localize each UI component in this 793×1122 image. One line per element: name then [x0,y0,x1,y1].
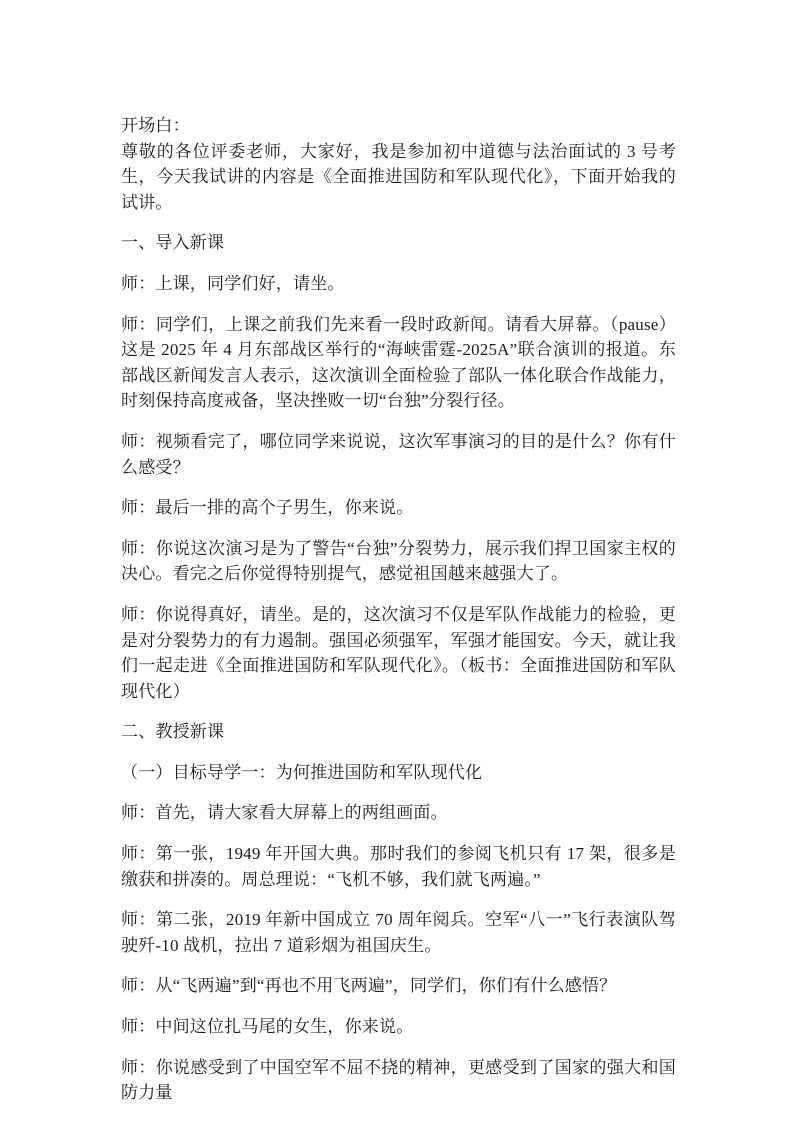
teacher-line-transition: 师：你说得真好，请坐。是的，这次演习不仅是军队作战能力的检验，更是对分裂势力的有… [121,602,676,704]
section-heading-2: 二、教授新课 [121,719,676,745]
teacher-line-question-insight: 师：从“飞两遍”到“再也不用飞两遍”，同学们，你们有什么感悟？ [121,973,676,999]
teacher-line-call-boy: 师：最后一排的高个子男生，你来说。 [121,495,676,521]
teacher-line-girl-answer: 师：你说感受到了中国空军不屈不挠的精神，更感受到了国家的强大和国防力量 [121,1055,676,1106]
objective-heading-1: （一）目标导学一：为何推进国防和军队现代化 [121,760,676,786]
document-body: 开场白： 尊敬的各位评委老师，大家好，我是参加初中道德与法治面试的 3 号考生，… [121,113,676,1106]
document-page: 开场白： 尊敬的各位评委老师，大家好，我是参加初中道德与法治面试的 3 号考生，… [0,0,793,1122]
teacher-line-picture-1949: 师：第一张，1949 年开国大典。那时我们的参阅飞机只有 17 架，很多是缴获和… [121,841,676,892]
teacher-line-boy-answer: 师：你说这次演习是为了警告“台独”分裂势力，展示我们捍卫国家主权的决心。看完之后… [121,536,676,587]
opening-label: 开场白： [121,113,676,139]
teacher-line-question-purpose: 师：视频看完了，哪位同学来说说，这次军事演习的目的是什么？你有什么感受？ [121,429,676,480]
teacher-line-picture-2019: 师：第二张，2019 年新中国成立 70 周年阅兵。空军“八一”飞行表演队驾驶歼… [121,907,676,958]
teacher-line-screen: 师：首先，请大家看大屏幕上的两组画面。 [121,800,676,826]
section-heading-1: 一、导入新课 [121,230,676,256]
teacher-line-news-intro: 师：同学们，上课之前我们先来看一段时政新闻。请看大屏幕。（pause）这是 20… [121,312,676,414]
teacher-line-greeting: 师：上课，同学们好，请坐。 [121,271,676,297]
teacher-line-call-girl: 师：中间这位扎马尾的女生，你来说。 [121,1014,676,1040]
opening-text: 尊敬的各位评委老师，大家好，我是参加初中道德与法治面试的 3 号考生，今天我试讲… [121,139,676,216]
